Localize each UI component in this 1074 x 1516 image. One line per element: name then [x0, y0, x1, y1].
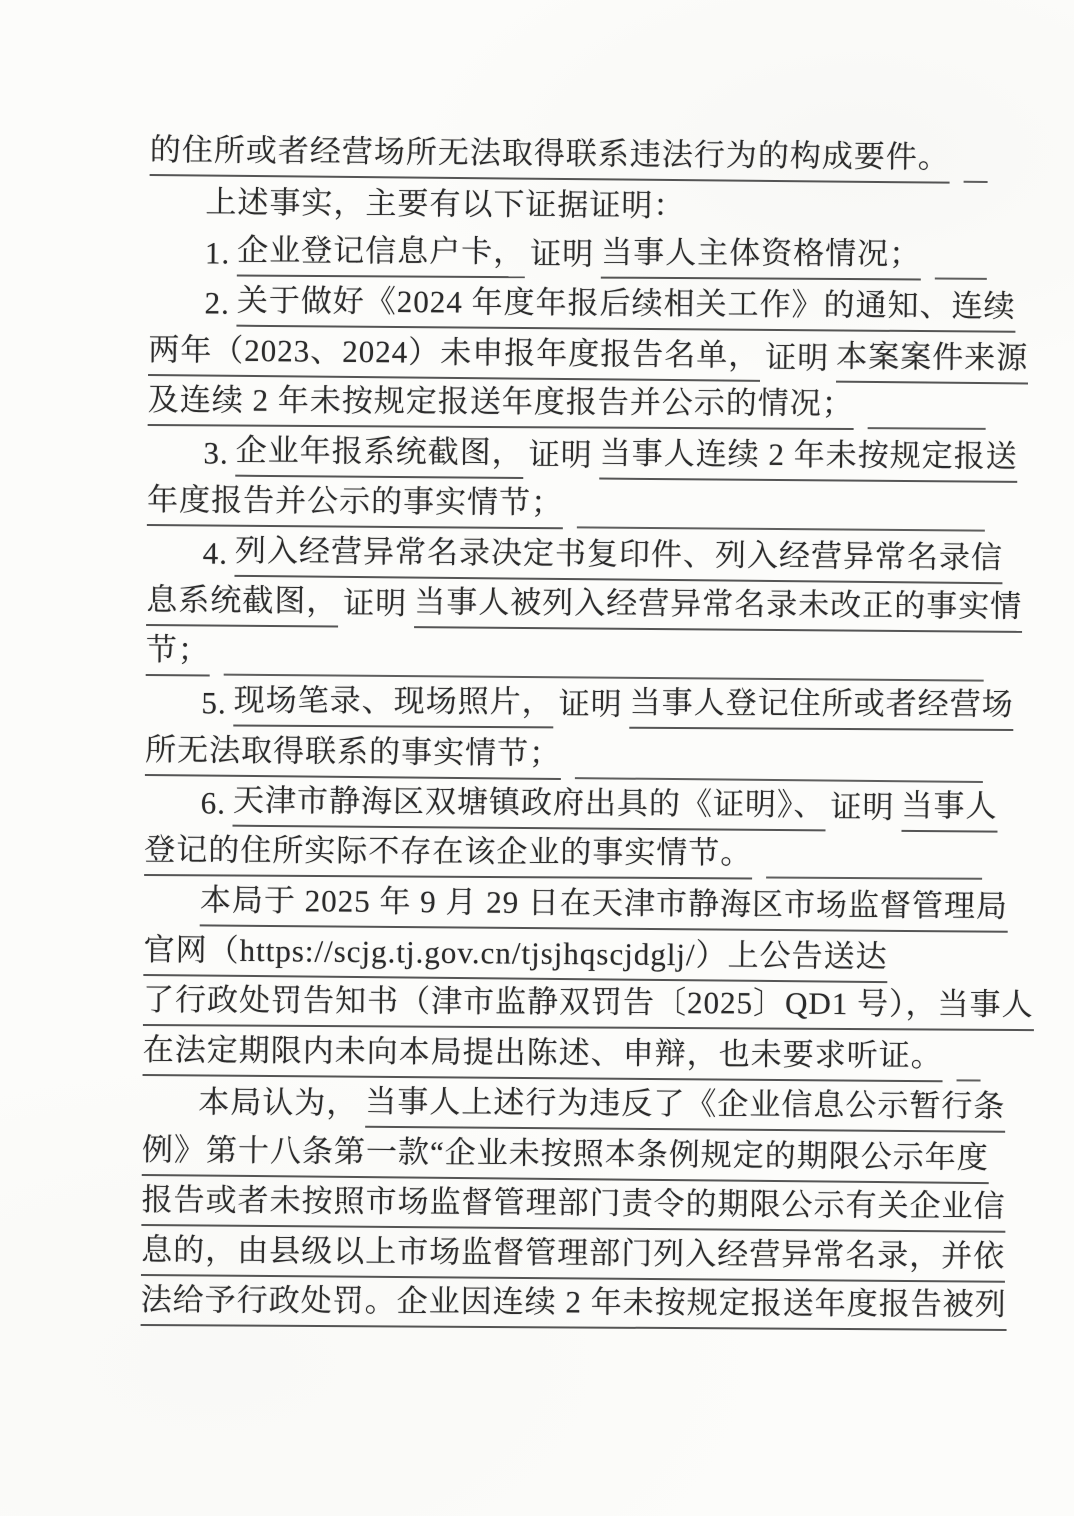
underlined-segment: 所无法取得联系的事实情节；: [145, 724, 561, 780]
document-body: 的住所或者经营场所无法取得联系违法行为的构成要件。上述事实，主要有以下证据证明：…: [141, 126, 988, 1333]
scanned-document-page: 的住所或者经营场所无法取得联系违法行为的构成要件。上述事实，主要有以下证据证明：…: [0, 0, 1074, 1516]
underlined-segment: 例》第十八条第一款“企业未按照本条例规定的期限公示年度: [142, 1124, 989, 1184]
trail-underline: [935, 278, 987, 280]
text-line: 例》第十八条第一款“企业未按照本条例规定的期限公示年度: [142, 1126, 980, 1184]
underlined-segment: 当事人登记住所或者经营场: [630, 677, 1014, 731]
underlined-segment: 登记的住所实际不存在该企业的事实情节。: [144, 824, 752, 880]
plain-segment: 1.: [205, 235, 237, 276]
underlined-segment: 及连续 2 年未按规定报送年度报告并公示的情况；: [148, 374, 854, 430]
underlined-segment: 企业登记信息户卡，: [237, 225, 525, 279]
text-line: 所无法取得联系的事实情节；: [145, 726, 983, 784]
underlined-segment: 了行政处罚告知书（津市监静双罚告〔2025〕QD1 号），当事人: [143, 974, 1034, 1031]
plain-segment: 6.: [201, 785, 234, 826]
underlined-segment: 法给予行政处罚。企业因连续 2 年未按规定报送年度报告被列: [141, 1274, 1007, 1331]
text-line: 登记的住所实际不存在该企业的事实情节。: [144, 826, 982, 881]
text-line: 息系统截图，证明当事人被列入经营异常名录未改正的事实情: [146, 576, 984, 633]
underlined-segment: 列入经营异常名录决定书复印件、列入经营异常名录信: [235, 525, 1003, 584]
underlined-segment: 本局于 2025 年 9 月 29 日在天津市静海区市场监督管理局: [200, 874, 1008, 932]
underlined-segment: 当事人连续 2 年未按规定报送: [599, 428, 1017, 483]
underlined-segment: 当事人被列入经营异常名录未改正的事实情: [414, 576, 1022, 633]
underlined-segment: 现场笔录、现场照片，: [234, 674, 554, 728]
trail-underline: [964, 181, 988, 183]
plain-segment: 4.: [202, 536, 235, 577]
plain-segment: 证明: [760, 332, 836, 383]
text-line: 本局认为，当事人上述行为违反了《企业信息公示暂行条: [142, 1076, 980, 1133]
text-line: 了行政处罚告知书（津市监静双罚告〔2025〕QD1 号），当事人: [143, 976, 981, 1031]
plain-segment: 证明: [338, 577, 414, 628]
underlined-segment: 关于做好《2024 年度年报后续相关工作》的通知、连续: [237, 275, 1016, 333]
plain-segment: 5.: [201, 685, 233, 726]
text-line: 法给予行政处罚。企业因连续 2 年未按规定报送年度报告被列: [141, 1276, 979, 1331]
underlined-segment: 的住所或者经营场所无法取得联系违法行为的构成要件。: [150, 124, 950, 184]
text-line: 2.关于做好《2024 年度年报后续相关工作》的通知、连续: [148, 276, 986, 333]
plain-segment: 证明: [554, 678, 630, 728]
text-line: 5.现场笔录、现场照片，证明当事人登记住所或者经营场: [145, 676, 983, 731]
underlined-segment: 本案案件来源: [836, 331, 1028, 385]
text-line: 本局于 2025 年 9 月 29 日在天津市静海区市场监督管理局: [144, 876, 982, 933]
underlined-segment: 两年（2023、2024）未申报年度报告名单，: [148, 324, 760, 382]
text-line: 及连续 2 年未按规定报送年度报告并公示的情况；: [148, 376, 986, 431]
underlined-segment: 息系统截图，: [146, 574, 338, 628]
text-line: 1.企业登记信息户卡，证明当事人主体资格情况；: [149, 226, 987, 281]
trail-underline: [766, 877, 982, 880]
underlined-segment: 当事人上述行为违反了《企业信息公示暂行条: [365, 1076, 1005, 1133]
underlined-segment: 节；: [146, 624, 210, 677]
plain-segment: 2.: [204, 285, 237, 326]
underlined-segment: 当事人主体资格情况；: [601, 227, 921, 281]
plain-segment: 证明: [523, 429, 599, 480]
trail-underline: [957, 1079, 981, 1081]
plain-segment: 证明: [525, 228, 601, 278]
text-line: 年度报告并公示的事实情节；: [147, 476, 985, 533]
underlined-segment: 当事人: [901, 780, 997, 833]
plain-segment: 上述事实，主要有以下证据证明：: [205, 176, 692, 230]
text-line: 在法定期限内未向本局提出陈述、申辩，也未要求听证。: [143, 1026, 981, 1083]
underlined-segment: 天津市静海区双塘镇政府出具的《证明》、: [233, 775, 826, 832]
underlined-segment: 在法定期限内未向本局提出陈述、申辩，也未要求听证。: [143, 1024, 943, 1082]
plain-segment: 3.: [203, 435, 236, 476]
plain-segment: 本局认为，: [198, 1076, 365, 1127]
trail-underline: [868, 427, 986, 430]
text-line: 的住所或者经营场所无法取得联系违法行为的构成要件。: [150, 126, 988, 184]
underlined-segment: 企业年报系统截图，: [235, 425, 523, 479]
text-line: 4.列入经营异常名录决定书复印件、列入经营异常名录信: [146, 526, 984, 584]
underlined-segment: 年度报告并公示的事实情节；: [147, 474, 563, 529]
plain-segment: 证明: [825, 781, 901, 832]
